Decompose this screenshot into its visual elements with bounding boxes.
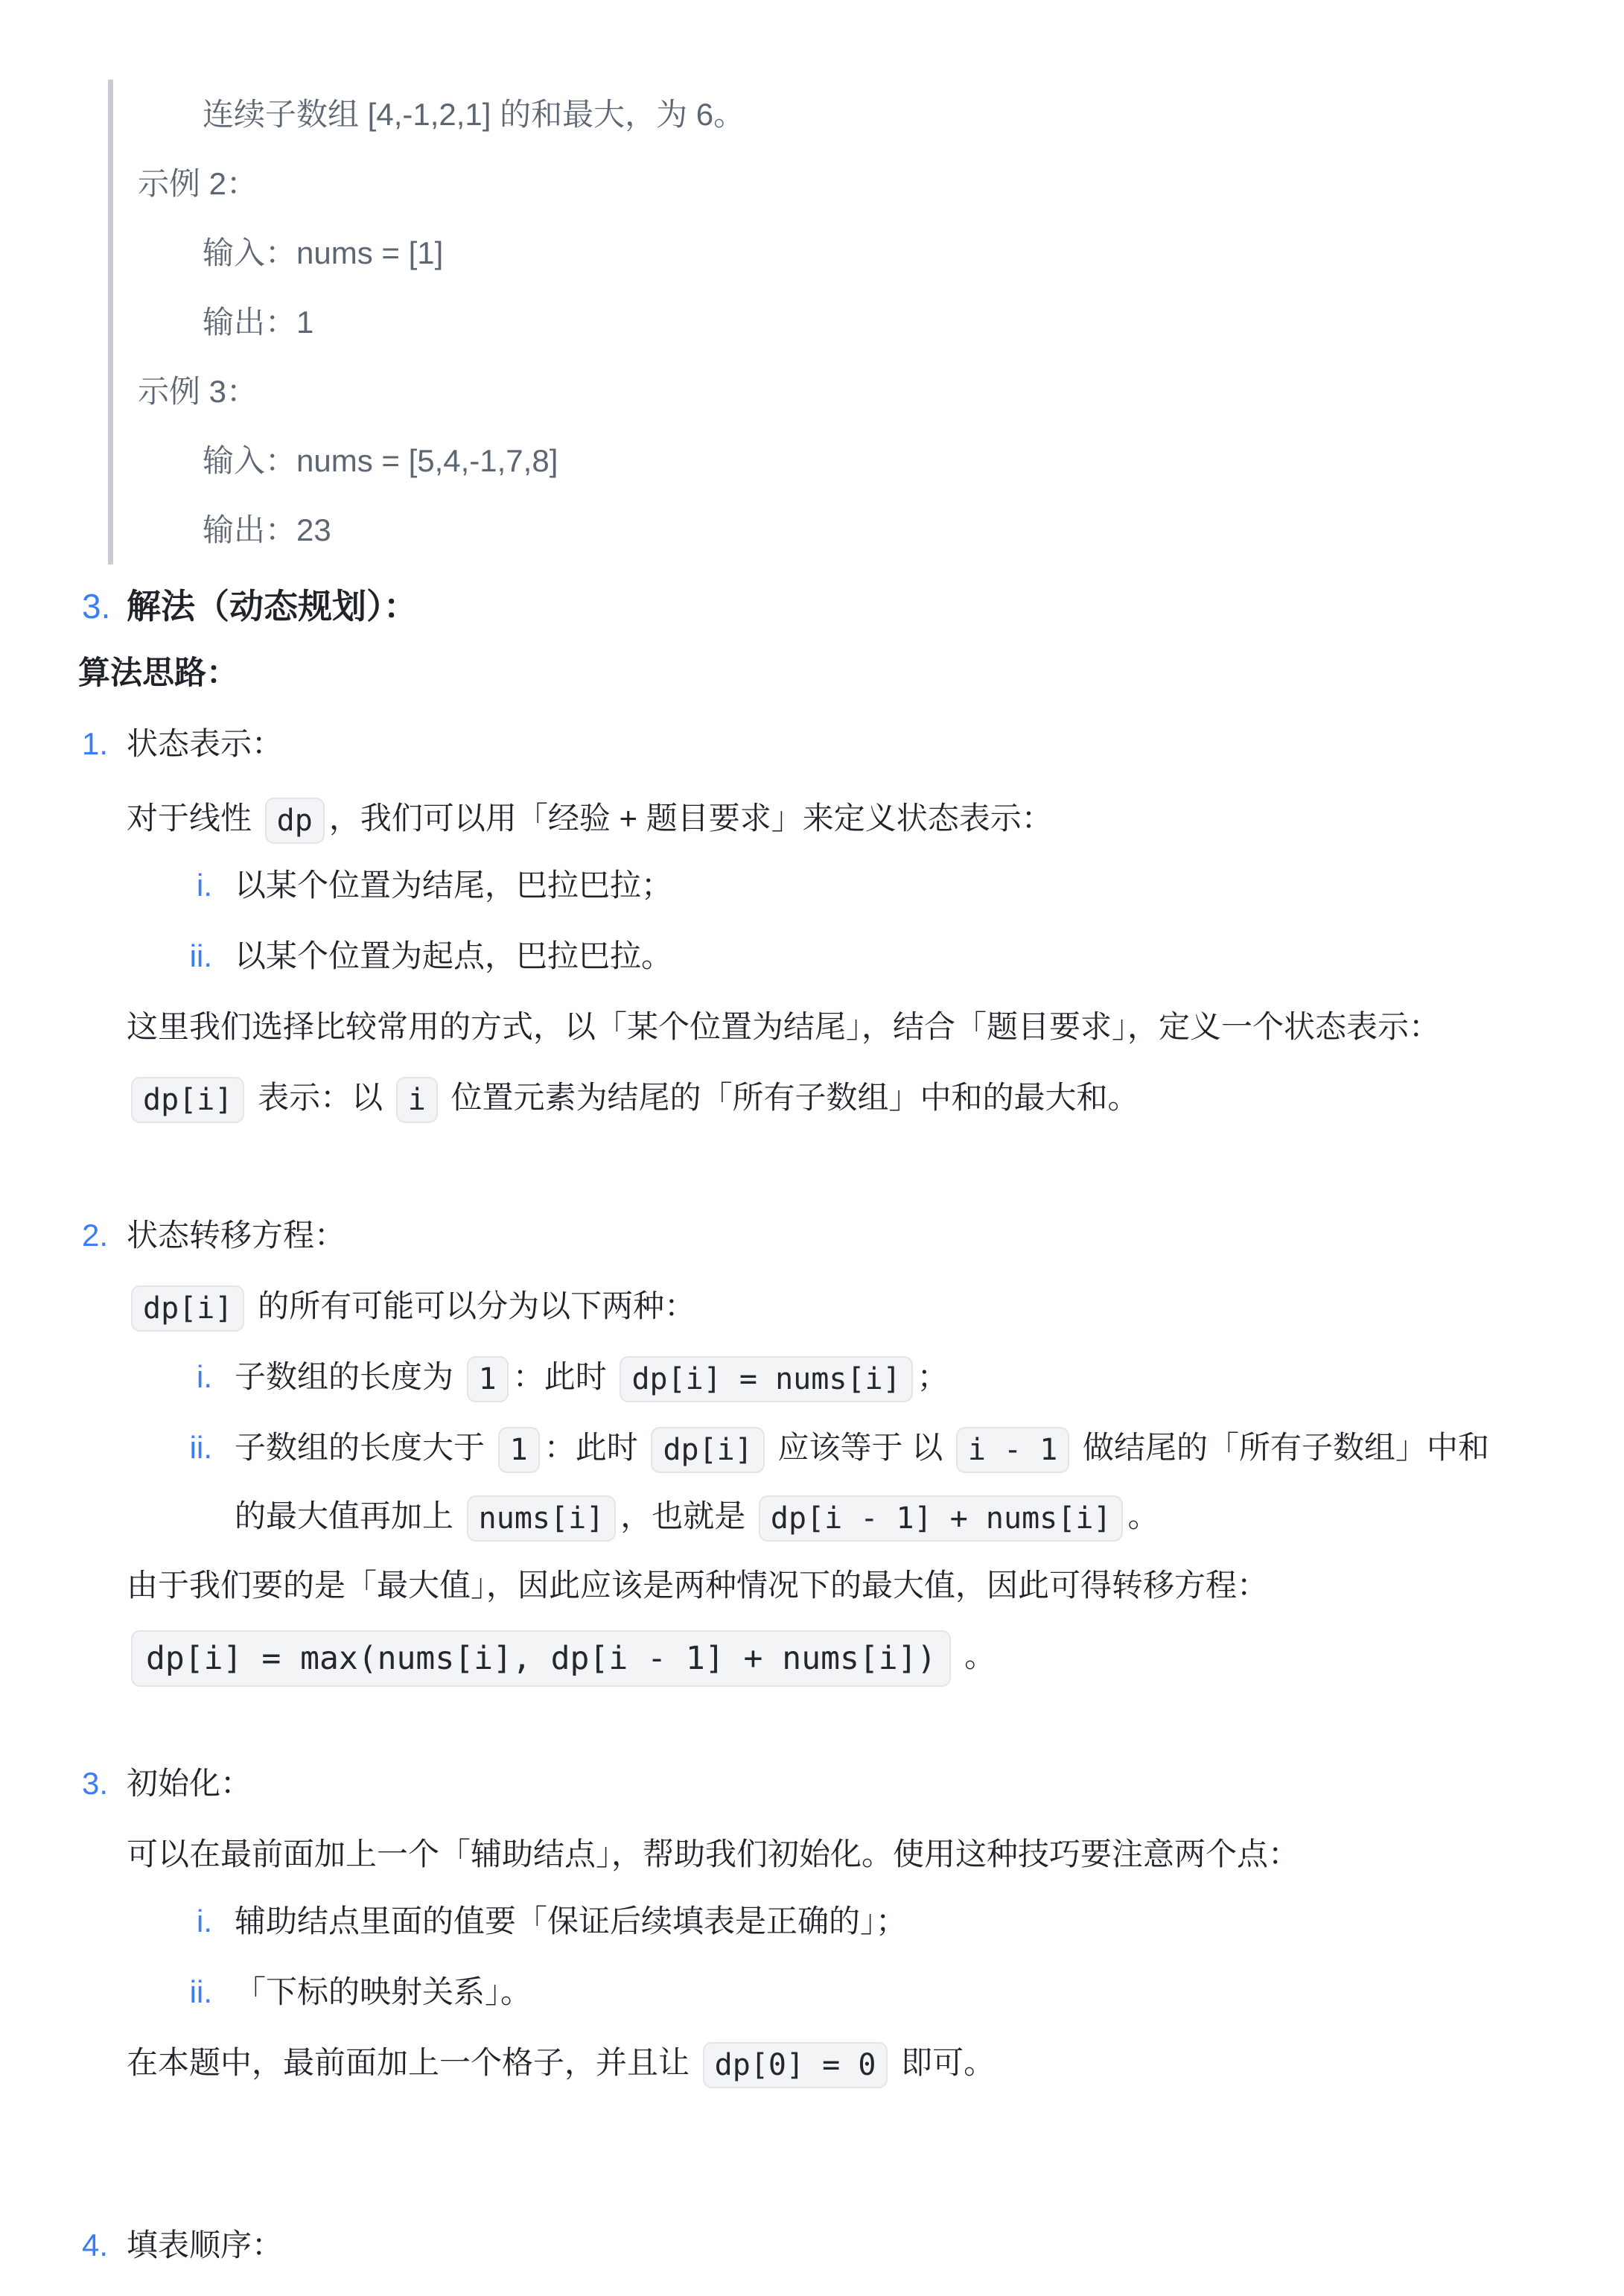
inline-code: dp[i] [131, 1077, 244, 1123]
inline-code: nums[i] [467, 1495, 617, 1542]
quote-line-output: 输出：1 [138, 287, 1520, 357]
document-page: 连续子数组 [4,-1,2,1] 的和最大，为 6。 示例 2： 输入：nums… [0, 0, 1624, 2275]
quote-line-output: 输出：23 [138, 495, 1520, 565]
quote-line-input: 输入：nums = [5,4,-1,7,8] [138, 426, 1520, 495]
text-run: 位置元素为结尾的「所有子数组」中和的最大和。 [442, 1080, 1139, 1115]
inline-code: dp [265, 798, 325, 844]
quote-line-example-3: 示例 3： [138, 357, 1520, 426]
roman-item-ii: ii. 「下标的映射关系」。 [127, 1962, 1550, 2022]
list-marker: 1. [78, 714, 127, 774]
roman-item-text: 子数组的长度为 1：此时 dp[i] = nums[i]； [235, 1347, 1550, 1407]
text-run: 。 [1127, 1498, 1159, 1533]
list-item-transition-equation: 2. 状态转移方程： [78, 1206, 1550, 1265]
inline-code: 1 [467, 1356, 509, 1402]
roman-marker: i. [127, 1892, 235, 1951]
text-run: 对于线性 [127, 801, 261, 836]
text-run: 这里我们选择比较常用的方式，以「某个位置为结尾」，结合「题目要求」，定义一个状态… [127, 1009, 1440, 1044]
text-run: ，也就是 [620, 1498, 754, 1533]
section-heading-text: 解法（动态规划）： [127, 576, 1550, 636]
list-item-initialization: 3. 初始化： [78, 1754, 1550, 1813]
list-marker: 4. [78, 2216, 127, 2275]
paragraph-initialization-note: 在本题中，最前面加上一个格子，并且让 dp[0] = 0 即可。 [127, 2033, 1550, 2093]
paragraph: 由于我们要的是「最大值」，因此应该是两种情况下的最大值，因此可得转移方程： [127, 1556, 1550, 1615]
text-run: 子数组的长度为 [235, 1359, 462, 1394]
roman-item-i: i. 子数组的长度为 1：此时 dp[i] = nums[i]； [127, 1347, 1550, 1407]
paragraph: 可以在最前面加上一个「辅助结点」，帮助我们初始化。使用这种技巧要注意两个点： [127, 1825, 1550, 1884]
list-marker: 3. [78, 1754, 127, 1813]
inline-code: i - 1 [956, 1427, 1069, 1473]
wrapped-line-1: 子数组的长度大于 1：此时 dp[i] 应该等于 以 i - 1 做结尾的「所有… [235, 1413, 1550, 1482]
list-marker: 3. [78, 576, 127, 636]
roman-item-text: 以某个位置为结尾，巴拉巴拉； [235, 856, 1550, 915]
text-run: 做结尾的「所有子数组」中和 [1074, 1430, 1489, 1465]
text-run: 子数组的长度大于 [235, 1430, 494, 1465]
roman-item-i: i. 辅助结点里面的值要「保证后续填表是正确的」； [127, 1892, 1550, 1951]
roman-item-text: 辅助结点里面的值要「保证后续填表是正确的」； [235, 1892, 1550, 1951]
quote-line-input: 输入：nums = [1] [138, 218, 1520, 287]
text-run: 可以在最前面加上一个「辅助结点」，帮助我们初始化。使用这种技巧要注意两个点： [127, 1837, 1299, 1872]
inline-code: dp[i] [651, 1427, 764, 1473]
wrapped-line-2: 的最大值再加上 nums[i]，也就是 dp[i - 1] + nums[i]。 [235, 1482, 1550, 1551]
roman-item-ii: ii. 以某个位置为起点，巴拉巴拉。 [127, 926, 1550, 986]
roman-marker: ii. [127, 1962, 235, 2022]
quote-line: 连续子数组 [4,-1,2,1] 的和最大，为 6。 [138, 80, 1520, 149]
example-blockquote: 连续子数组 [4,-1,2,1] 的和最大，为 6。 示例 2： 输入：nums… [108, 80, 1520, 565]
roman-item-ii: ii. 子数组的长度大于 1：此时 dp[i] 应该等于 以 i - 1 做结尾… [127, 1413, 1550, 1551]
quote-line-example-2: 示例 2： [138, 149, 1520, 218]
text-run: ； [917, 1359, 949, 1394]
text-run: 应该等于 以 [769, 1430, 952, 1465]
list-item-fill-order: 4. 填表顺序： [78, 2216, 1550, 2275]
text-run: 「下标的映射关系」。 [235, 1974, 532, 2009]
paragraph: dp[i] 的所有可能可以分为以下两种： [127, 1276, 1550, 1336]
inline-code: dp[0] = 0 [703, 2042, 888, 2088]
text-run: ，我们可以用「经验 + 题目要求」来定义状态表示： [329, 801, 1053, 836]
paragraph-transition-formula: dp[i] = max(nums[i], dp[i - 1] + nums[i]… [127, 1626, 1550, 1687]
text-run: 的最大值再加上 [235, 1498, 462, 1533]
inline-code: 1 [498, 1427, 540, 1473]
list-item-title: 填表顺序： [127, 2216, 1550, 2275]
roman-item-text: 子数组的长度大于 1：此时 dp[i] 应该等于 以 i - 1 做结尾的「所有… [235, 1413, 1550, 1551]
text-run: 辅助结点里面的值要「保证后续填表是正确的」； [235, 1904, 907, 1939]
text-run: 表示：以 [249, 1080, 391, 1115]
text-run: 以某个位置为起点，巴拉巴拉。 [235, 938, 672, 973]
list-item-state-representation: 1. 状态表示： [78, 714, 1550, 774]
inline-code: dp[i] = max(nums[i], dp[i - 1] + nums[i]… [131, 1630, 951, 1687]
text-run: ：此时 [513, 1359, 616, 1394]
text-run: ：此时 [544, 1430, 647, 1465]
roman-item-i: i. 以某个位置为结尾，巴拉巴拉； [127, 856, 1550, 915]
roman-marker: i. [127, 1347, 235, 1407]
paragraph: 这里我们选择比较常用的方式，以「某个位置为结尾」，结合「题目要求」，定义一个状态… [127, 997, 1550, 1057]
roman-marker: ii. [127, 1413, 235, 1551]
list-item-title: 状态转移方程： [127, 1206, 1550, 1265]
text-run: 。 [955, 1638, 996, 1673]
text-run: 由于我们要的是「最大值」，因此应该是两种情况下的最大值，因此可得转移方程： [127, 1568, 1268, 1603]
roman-marker: ii. [127, 926, 235, 986]
paragraph: 对于线性 dp，我们可以用「经验 + 题目要求」来定义状态表示： [127, 789, 1550, 848]
inline-code: dp[i] [131, 1285, 244, 1332]
list-marker: 2. [78, 1206, 127, 1265]
inline-code: i [396, 1077, 438, 1123]
roman-item-text: 以某个位置为起点，巴拉巴拉。 [235, 926, 1550, 986]
roman-marker: i. [127, 856, 235, 915]
text-run: 以某个位置为结尾，巴拉巴拉； [235, 868, 672, 903]
text-run: 在本题中，最前面加上一个格子，并且让 [127, 2045, 698, 2080]
text-run: 的所有可能可以分为以下两种： [249, 1288, 695, 1323]
inline-code: dp[i] = nums[i] [620, 1356, 912, 1402]
subheading-algorithm-idea: 算法思路： [78, 643, 1550, 703]
inline-code: dp[i - 1] + nums[i] [759, 1495, 1124, 1542]
list-item-title: 状态表示： [127, 714, 1550, 774]
list-item-title: 初始化： [127, 1754, 1550, 1813]
text-run: 即可。 [892, 2045, 995, 2080]
section-heading-solution: 3. 解法（动态规划）： [78, 576, 1550, 636]
paragraph-state-definition: dp[i] 表示：以 i 位置元素为结尾的「所有子数组」中和的最大和。 [127, 1068, 1550, 1128]
roman-item-text: 「下标的映射关系」。 [235, 1962, 1550, 2022]
